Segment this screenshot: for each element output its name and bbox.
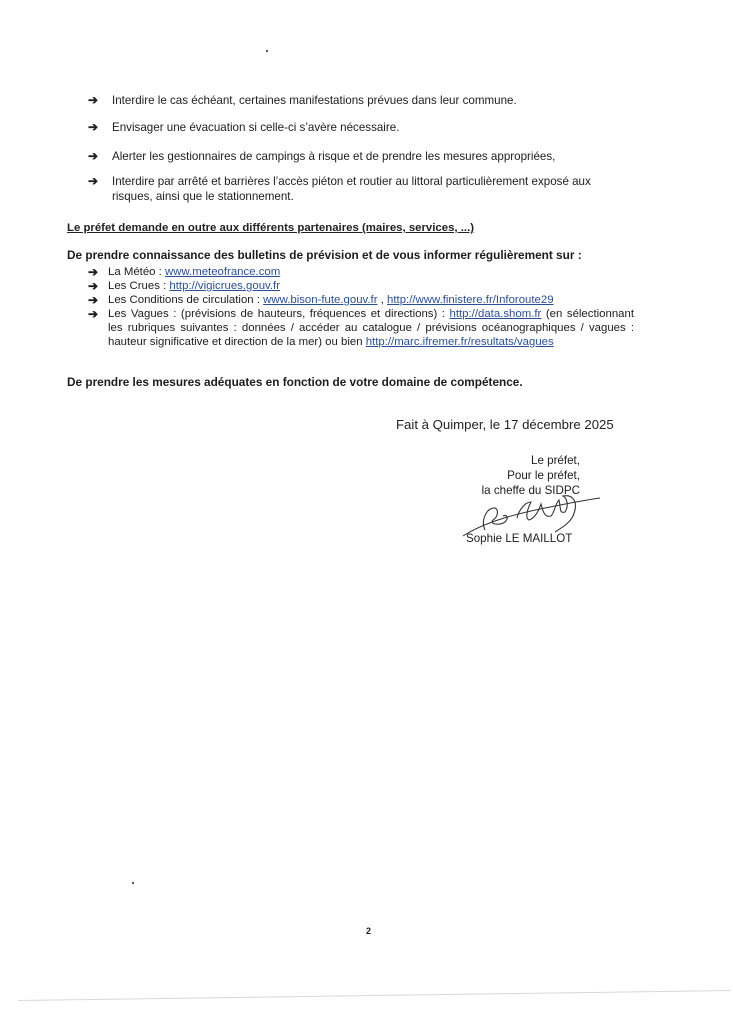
measure-item: ➔ Alerter les gestionnaires de campings … (88, 149, 555, 164)
source-circulation: ➔ Les Conditions de circulation : www.bi… (88, 293, 554, 307)
meteofrance-link[interactable]: www.meteofrance.com (165, 266, 280, 278)
sig-line-2: Pour le préfet, (440, 468, 580, 483)
partners-heading: Le préfet demande en outre aux différent… (67, 222, 474, 234)
vigicrues-link[interactable]: http://vigicrues.gouv.fr (169, 280, 280, 292)
closing-text: De prendre les mesures adéquates en fonc… (67, 375, 523, 389)
inforoute-link[interactable]: http://www.finistere.fr/Inforoute29 (387, 294, 554, 306)
source-vagues: ➔ Les Vagues : (prévisions de hauteurs, … (88, 307, 634, 349)
arrow-right-icon: ➔ (88, 265, 98, 279)
measure-text: Envisager une évacuation si celle-ci s’a… (88, 120, 399, 135)
arrow-right-icon: ➔ (88, 307, 98, 321)
page-edge-line (18, 990, 730, 1001)
scan-speck (132, 882, 134, 884)
bison-fute-link[interactable]: www.bison-fute.gouv.fr (263, 294, 377, 306)
arrow-right-icon: ➔ (88, 93, 98, 108)
source-meteo: ➔ La Météo : www.meteofrance.com (88, 265, 280, 279)
source-label: Les Conditions de circulation : (108, 294, 263, 306)
arrow-right-icon: ➔ (88, 174, 98, 189)
arrow-right-icon: ➔ (88, 120, 98, 135)
source-label: La Météo : (108, 266, 165, 278)
source-label: Les Crues : (108, 280, 169, 292)
measure-text: Interdire par arrêté et barrières l’accè… (88, 174, 633, 204)
place-date: Fait à Quimper, le 17 décembre 2025 (396, 417, 614, 432)
ifremer-link[interactable]: http://marc.ifremer.fr/resultats/vagues (366, 336, 554, 348)
arrow-right-icon: ➔ (88, 149, 98, 164)
scan-speck (266, 50, 268, 52)
measure-text: Alerter les gestionnaires de campings à … (88, 149, 555, 164)
signatory-name: Sophie LE MAILLOT (466, 532, 572, 545)
measure-item: ➔ Interdire par arrêté et barrières l’ac… (88, 174, 633, 204)
measure-item: ➔ Interdire le cas échéant, certaines ma… (88, 93, 517, 108)
source-crues: ➔ Les Crues : http://vigicrues.gouv.fr (88, 279, 280, 293)
intro-text: De prendre connaissance des bulletins de… (67, 248, 582, 262)
page-number: 2 (366, 926, 371, 936)
source-label: Les Vagues : (prévisions de hauteurs, fr… (108, 308, 450, 320)
arrow-right-icon: ➔ (88, 293, 98, 307)
shom-link[interactable]: http://data.shom.fr (450, 308, 542, 320)
sig-line-1: Le préfet, (440, 453, 580, 468)
measure-item: ➔ Envisager une évacuation si celle-ci s… (88, 120, 399, 135)
arrow-right-icon: ➔ (88, 279, 98, 293)
measure-text: Interdire le cas échéant, certaines mani… (88, 93, 517, 108)
separator: , (378, 294, 388, 306)
